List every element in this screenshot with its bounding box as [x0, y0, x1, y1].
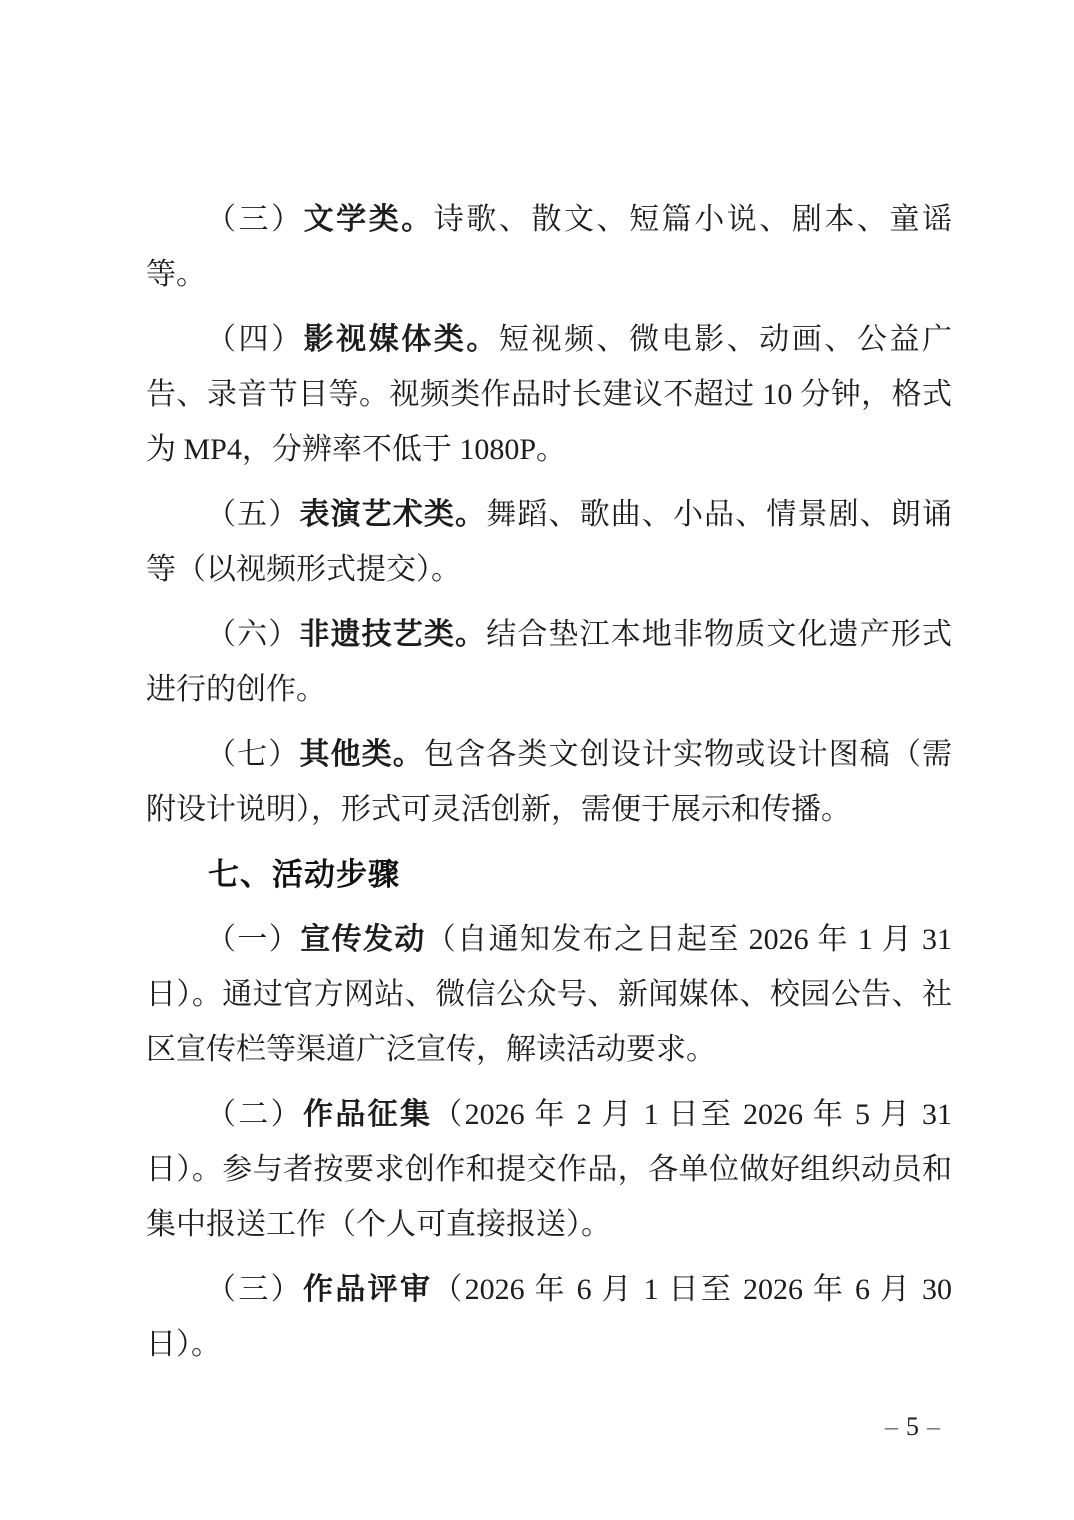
category-number: （四） — [206, 323, 304, 356]
document-body: （三）文学类。诗歌、散文、短篇小说、剧本、童谣等。 （四）影视媒体类。短视频、微… — [146, 192, 952, 1382]
category-number: （五） — [206, 498, 299, 531]
step-number: （一） — [206, 923, 300, 956]
step-label: 作品评审 — [303, 1273, 432, 1306]
step-number: （二） — [206, 1098, 303, 1131]
page-number-left-dash: – — [885, 1412, 900, 1441]
category-label: 文学类。 — [304, 203, 434, 236]
document-page: （三）文学类。诗歌、散文、短篇小说、剧本、童谣等。 （四）影视媒体类。短视频、微… — [0, 0, 1074, 1520]
step-label: 作品征集 — [303, 1098, 432, 1131]
category-paragraph-4: （四）影视媒体类。短视频、微电影、动画、公益广告、录音节目等。视频类作品时长建议… — [146, 312, 952, 477]
category-number: （六） — [206, 618, 299, 651]
page-number-value: 5 — [900, 1412, 927, 1441]
category-paragraph-3: （三）文学类。诗歌、散文、短篇小说、剧本、童谣等。 — [146, 192, 952, 302]
category-paragraph-6: （六）非遗技艺类。结合垫江本地非物质文化遗产形式进行的创作。 — [146, 607, 952, 717]
category-label: 影视媒体类。 — [304, 323, 499, 356]
step-paragraph-1: （一）宣传发动（自通知发布之日起至 2026 年 1 月 31 日）。通过官方网… — [146, 912, 952, 1077]
category-label: 非遗技艺类。 — [299, 618, 486, 651]
category-number: （三） — [206, 203, 304, 236]
category-paragraph-7: （七）其他类。包含各类文创设计实物或设计图稿（需附设计说明），形式可灵活创新，需… — [146, 727, 952, 837]
page-number: –5– — [885, 1412, 942, 1442]
page-number-right-dash: – — [927, 1412, 942, 1441]
section-heading-activity-steps: 七、活动步骤 — [146, 847, 952, 902]
step-paragraph-3: （三）作品评审（2026 年 6 月 1 日至 2026 年 6 月 30 日）… — [146, 1262, 952, 1372]
step-paragraph-2: （二）作品征集（2026 年 2 月 1 日至 2026 年 5 月 31 日）… — [146, 1087, 952, 1252]
step-number: （三） — [206, 1273, 303, 1306]
category-paragraph-5: （五）表演艺术类。舞蹈、歌曲、小品、情景剧、朗诵等（以视频形式提交）。 — [146, 487, 952, 597]
category-label: 其他类。 — [299, 738, 424, 771]
category-label: 表演艺术类。 — [299, 498, 486, 531]
step-label: 宣传发动 — [300, 923, 426, 956]
category-number: （七） — [206, 738, 299, 771]
